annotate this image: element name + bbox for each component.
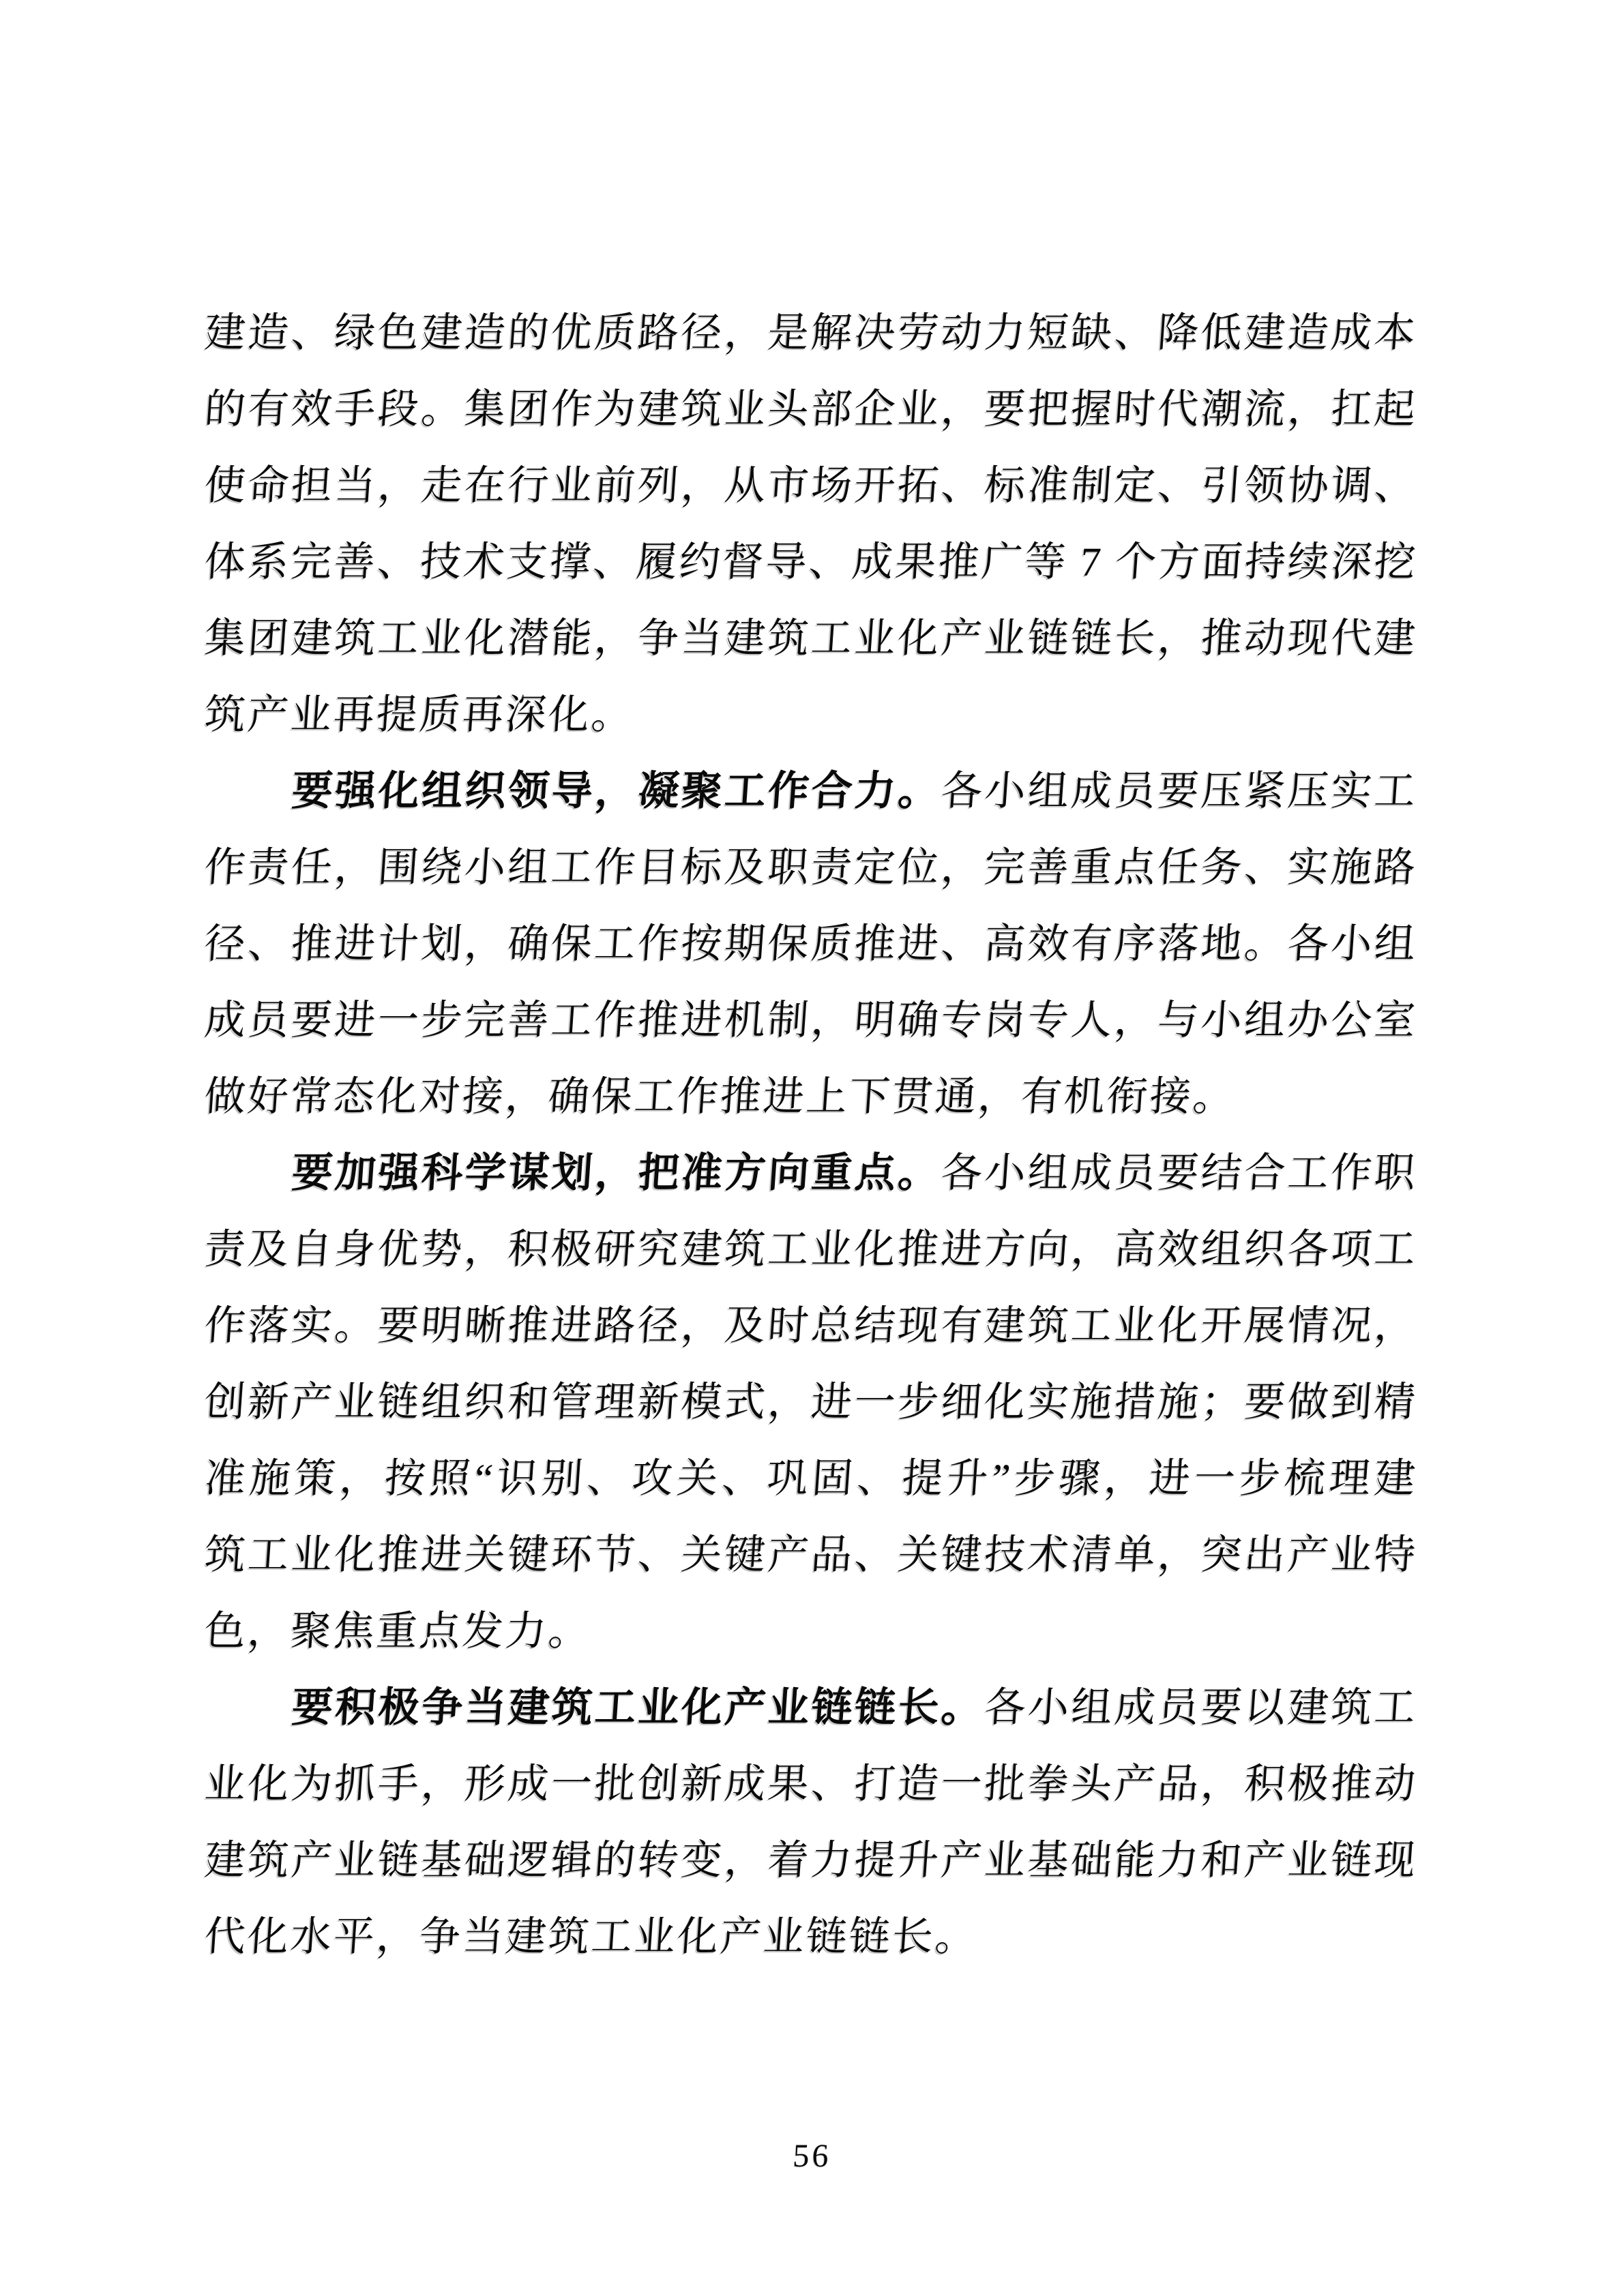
- text-run-bold: 要积极争当建筑工业化产业链链长。: [291, 1685, 986, 1730]
- text-run: 各小组成员要结合工作职: [940, 1150, 1419, 1195]
- text-run: 体系完善、技术支撑、履约督导、成果推广等 7 个方面持续深挖: [203, 539, 1419, 584]
- text-line: 的有效手段。集团作为建筑业头部企业，要把握时代潮流，扛起: [202, 371, 1420, 447]
- text-line: 业化为抓手，形成一批创新成果、打造一批拳头产品，积极推动: [202, 1746, 1420, 1822]
- text-run: 各小组成员要压紧压实工: [940, 769, 1419, 814]
- text-run: 色，聚焦重点发力。: [203, 1609, 593, 1654]
- text-line: 建造、绿色建造的优质路径，是解决劳动力短缺、降低建造成本: [202, 295, 1420, 371]
- text-run: 创新产业链组织和管理新模式，进一步细化实施措施；要做到精: [203, 1380, 1419, 1425]
- text-run: 筑工业化推进关键环节、关键产品、关键技术清单，突出产业特: [203, 1532, 1419, 1577]
- text-line: 要积极争当建筑工业化产业链链长。各小组成员要以建筑工: [202, 1669, 1420, 1746]
- text-line: 做好常态化对接，确保工作推进上下贯通，有机衔接。: [202, 1058, 1420, 1135]
- text-line: 色，聚焦重点发力。: [202, 1593, 1420, 1669]
- text-line: 创新产业链组织和管理新模式，进一步细化实施措施；要做到精: [202, 1364, 1420, 1440]
- text-run: 业化为抓手，形成一批创新成果、打造一批拳头产品，积极推动: [203, 1761, 1419, 1806]
- document-page: 建造、绿色建造的优质路径，是解决劳动力短缺、降低建造成本的有效手段。集团作为建筑…: [0, 0, 1624, 2296]
- text-run: 责及自身优势，积极研究建筑工业化推进方向，高效组织各项工: [203, 1227, 1419, 1272]
- text-run: 作责任，围绕小组工作目标及职责定位，完善重点任务、实施路: [203, 845, 1419, 890]
- text-run-bold: 要强化组织领导，凝聚工作合力。: [291, 769, 943, 814]
- text-line: 建筑产业链基础逻辑的转变，着力提升产业基础能力和产业链现: [202, 1822, 1420, 1898]
- text-line: 要强化组织领导，凝聚工作合力。各小组成员要压紧压实工: [202, 753, 1420, 829]
- text-line: 径、推进计划，确保工作按期保质推进、高效有序落地。各小组: [202, 906, 1420, 982]
- page-body-text: 建造、绿色建造的优质路径，是解决劳动力短缺、降低建造成本的有效手段。集团作为建筑…: [205, 295, 1417, 1975]
- text-line: 筑产业再提质再深化。: [202, 676, 1420, 753]
- text-line: 作落实。要明晰推进路径，及时总结现有建筑工业化开展情况，: [202, 1287, 1420, 1364]
- page-number: 56: [0, 2136, 1624, 2177]
- text-line: 责及自身优势，积极研究建筑工业化推进方向，高效组织各项工: [202, 1211, 1420, 1287]
- text-line: 准施策，按照“识别、攻关、巩固、提升”步骤，进一步梳理建: [202, 1440, 1420, 1517]
- text-run: 做好常态化对接，确保工作推进上下贯通，有机衔接。: [203, 1074, 1238, 1119]
- text-run: 代化水平，争当建筑工业化产业链链长。: [203, 1914, 980, 1959]
- text-line: 代化水平，争当建筑工业化产业链链长。: [202, 1898, 1420, 1975]
- text-run: 各小组成员要以建筑工: [983, 1685, 1419, 1730]
- text-line: 集团建筑工业化潜能，争当建筑工业化产业链链长，推动现代建: [202, 600, 1420, 676]
- text-run: 的有效手段。集团作为建筑业头部企业，要把握时代潮流，扛起: [203, 387, 1419, 432]
- text-run: 准施策，按照“识别、攻关、巩固、提升”步骤，进一步梳理建: [203, 1456, 1419, 1501]
- text-line: 筑工业化推进关键环节、关键产品、关键技术清单，突出产业特: [202, 1517, 1420, 1593]
- text-line: 使命担当，走在行业前列，从市场开拓、标准制定、引领协调、: [202, 447, 1420, 524]
- text-run-bold: 要加强科学谋划，把准方向重点。: [291, 1150, 943, 1195]
- text-line: 体系完善、技术支撑、履约督导、成果推广等 7 个方面持续深挖: [202, 524, 1420, 600]
- text-run: 集团建筑工业化潜能，争当建筑工业化产业链链长，推动现代建: [203, 616, 1419, 661]
- text-run: 建筑产业链基础逻辑的转变，着力提升产业基础能力和产业链现: [203, 1838, 1419, 1883]
- text-run: 使命担当，走在行业前列，从市场开拓、标准制定、引领协调、: [203, 463, 1419, 508]
- text-run: 建造、绿色建造的优质路径，是解决劳动力短缺、降低建造成本: [203, 310, 1419, 355]
- text-run: 作落实。要明晰推进路径，及时总结现有建筑工业化开展情况，: [203, 1303, 1419, 1348]
- text-run: 筑产业再提质再深化。: [203, 692, 636, 737]
- text-line: 作责任，围绕小组工作目标及职责定位，完善重点任务、实施路: [202, 829, 1420, 906]
- text-line: 成员要进一步完善工作推进机制，明确专岗专人，与小组办公室: [202, 982, 1420, 1058]
- text-run: 成员要进一步完善工作推进机制，明确专岗专人，与小组办公室: [203, 998, 1419, 1043]
- text-run: 径、推进计划，确保工作按期保质推进、高效有序落地。各小组: [203, 921, 1419, 966]
- text-line: 要加强科学谋划，把准方向重点。各小组成员要结合工作职: [202, 1135, 1420, 1211]
